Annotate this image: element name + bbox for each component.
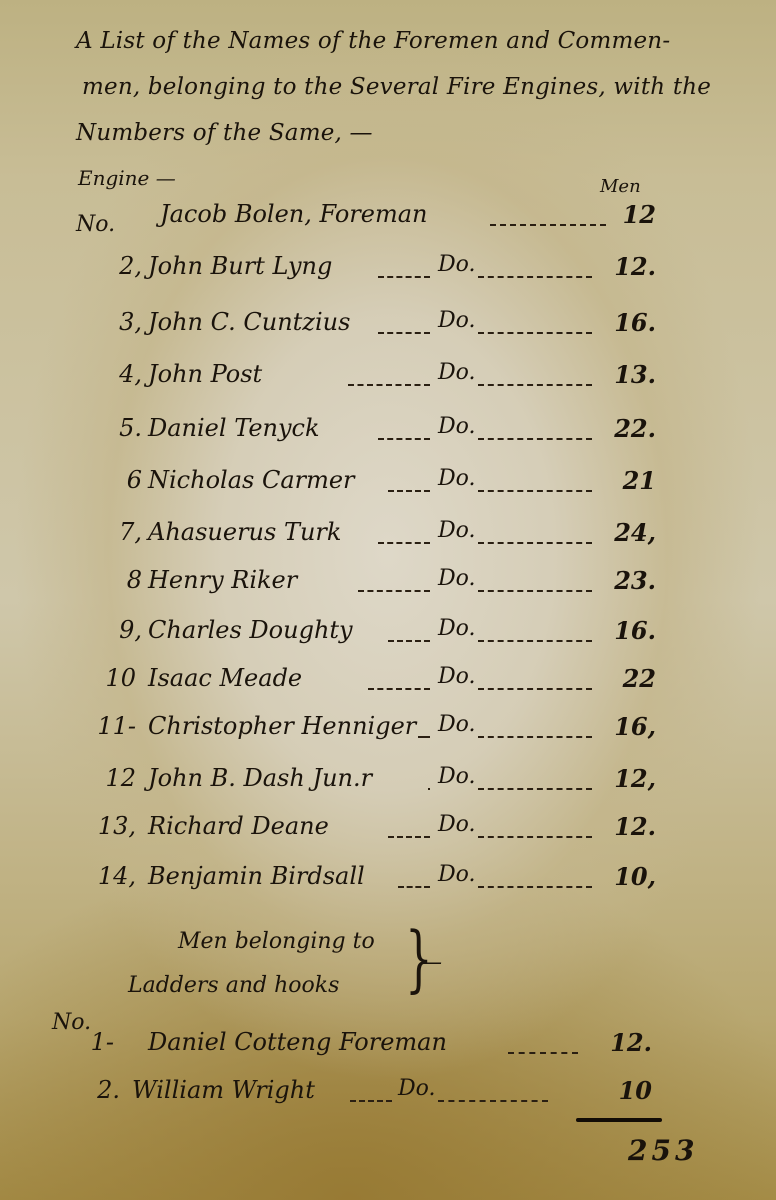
list-item: 8Henry RikerDo.23. — [0, 566, 776, 606]
entry-number: 6 — [102, 466, 142, 494]
grand-total: 253 — [628, 1134, 698, 1167]
men-count: 24, — [606, 518, 656, 547]
section-heading-line-2: Ladders and hooks — [128, 964, 375, 1008]
entry-name: Charles Doughty — [148, 616, 353, 644]
dotted-leader — [478, 736, 592, 738]
dotted-leader — [508, 1052, 578, 1054]
dotted-leader — [378, 276, 430, 278]
entry-number: 13, — [96, 812, 136, 840]
men-count: 12. — [606, 252, 656, 281]
entry-name: Isaac Meade — [148, 664, 302, 692]
dotted-leader — [398, 886, 430, 888]
list-item: 2.William WrightDo.10 — [0, 1076, 776, 1116]
men-count: 22. — [606, 414, 656, 443]
dotted-leader — [478, 438, 592, 440]
dotted-leader — [368, 688, 430, 690]
ditto-mark: Do. — [438, 466, 476, 491]
ditto-mark: Do. — [438, 712, 476, 737]
list-item: 7,Ahasuerus TurkDo.24, — [0, 518, 776, 558]
dotted-leader — [478, 836, 592, 838]
list-item: 1-Daniel Cotteng Foreman12. — [0, 1028, 776, 1068]
title-line-1: A List of the Names of the Foremen and C… — [76, 18, 756, 64]
dotted-leader — [378, 438, 430, 440]
entry-number: 10 — [96, 664, 136, 692]
list-item: 13,Richard DeaneDo.12. — [0, 812, 776, 852]
ditto-mark: Do. — [438, 566, 476, 591]
dotted-leader — [350, 1100, 392, 1102]
ditto-mark: Do. — [438, 360, 476, 385]
entry-number: 1- — [74, 1028, 114, 1056]
entry-name: Ahasuerus Turk — [148, 518, 341, 546]
men-count: 16, — [606, 712, 656, 741]
list-item: 4,John PostDo.13. — [0, 360, 776, 400]
dotted-leader — [388, 640, 430, 642]
entry-name: Richard Deane — [148, 812, 329, 840]
entry-name: Christopher Henniger — [148, 712, 416, 740]
list-item: 5.Daniel TenyckDo.22. — [0, 414, 776, 454]
dotted-leader — [348, 384, 430, 386]
dotted-leader — [428, 788, 430, 790]
dotted-leader — [478, 542, 592, 544]
ditto-mark: Do. — [438, 518, 476, 543]
entry-name: Benjamin Birdsall — [148, 862, 365, 890]
ditto-mark: Do. — [438, 252, 476, 277]
dotted-leader — [478, 490, 592, 492]
entry-name: Jacob Bolen, Foreman — [160, 200, 427, 228]
men-count: 21 — [606, 466, 656, 495]
dotted-leader — [478, 886, 592, 888]
entry-name: Daniel Tenyck — [148, 414, 320, 442]
dotted-leader — [438, 1100, 548, 1102]
dotted-leader — [378, 542, 430, 544]
men-count: 12, — [606, 764, 656, 793]
entry-number: 8 — [102, 566, 142, 594]
ditto-mark: Do. — [438, 414, 476, 439]
ditto-mark: Do. — [438, 616, 476, 641]
dotted-leader — [388, 836, 430, 838]
entry-name: John C. Cuntzius — [148, 308, 350, 336]
dotted-leader — [358, 590, 430, 592]
dotted-leader — [478, 332, 592, 334]
ditto-mark: Do. — [438, 764, 476, 789]
list-item: Jacob Bolen, Foreman12 — [0, 200, 776, 240]
dotted-leader — [478, 384, 592, 386]
list-item: 11-Christopher HennigerDo.16, — [0, 712, 776, 752]
dotted-leader — [478, 276, 592, 278]
dotted-leader — [478, 590, 592, 592]
men-column-heading: Men — [600, 176, 641, 197]
entry-name: Nicholas Carmer — [148, 466, 355, 494]
dotted-leader — [490, 224, 606, 226]
ditto-mark: Do. — [438, 664, 476, 689]
engine-heading: Engine — — [78, 166, 176, 190]
men-count: 22 — [606, 664, 656, 693]
ditto-mark: Do. — [438, 862, 476, 887]
entry-number: 3, — [102, 308, 142, 336]
list-item: 2,John Burt LyngDo.12. — [0, 252, 776, 292]
dotted-leader — [418, 736, 430, 738]
entry-name: William Wright — [132, 1076, 315, 1104]
list-item: 14,Benjamin BirdsallDo.10, — [0, 862, 776, 902]
ditto-mark: Do. — [438, 308, 476, 333]
dotted-leader — [388, 490, 430, 492]
list-item: 3,John C. CuntziusDo.16. — [0, 308, 776, 348]
entry-number: 9, — [102, 616, 142, 644]
men-count: 12 — [606, 200, 656, 229]
entry-number: 2, — [102, 252, 142, 280]
dotted-leader — [478, 688, 592, 690]
manuscript-page: A List of the Names of the Foremen and C… — [0, 0, 776, 1200]
ditto-mark: Do. — [398, 1076, 436, 1101]
entry-name: Henry Riker — [148, 566, 297, 594]
entry-name: John Burt Lyng — [148, 252, 332, 280]
list-item: 12John B. Dash Jun.rDo.12, — [0, 764, 776, 804]
list-item: 10Isaac MeadeDo.22 — [0, 664, 776, 704]
dotted-leader — [478, 640, 592, 642]
men-count: 12. — [602, 1028, 652, 1057]
entry-number: 4, — [102, 360, 142, 388]
men-count: 23. — [606, 566, 656, 595]
entry-number: 2. — [80, 1076, 120, 1104]
list-item: 6Nicholas CarmerDo.21 — [0, 466, 776, 506]
ladders-section-heading: Men belonging to Ladders and hooks — [128, 920, 375, 1008]
entry-name: John Post — [148, 360, 262, 388]
men-count: 16. — [606, 616, 656, 645]
entry-number: 12 — [96, 764, 136, 792]
entry-name: Daniel Cotteng Foreman — [148, 1028, 447, 1056]
section-dash: — — [420, 950, 442, 975]
entry-number: 14, — [96, 862, 136, 890]
entry-number: 11- — [96, 712, 136, 740]
dotted-leader — [478, 788, 592, 790]
men-count: 12. — [606, 812, 656, 841]
section-heading-line-1: Men belonging to — [128, 920, 375, 964]
entry-number: 7, — [102, 518, 142, 546]
total-underline — [576, 1118, 662, 1122]
men-count: 16. — [606, 308, 656, 337]
list-item: 9,Charles DoughtyDo.16. — [0, 616, 776, 656]
document-title: A List of the Names of the Foremen and C… — [76, 18, 756, 156]
dotted-leader — [378, 332, 430, 334]
title-line-2: men, belonging to the Several Fire Engin… — [76, 64, 756, 110]
title-line-3: Numbers of the Same, — — [76, 110, 756, 156]
entry-number: 5. — [102, 414, 142, 442]
ditto-mark: Do. — [438, 812, 476, 837]
men-count: 13. — [606, 360, 656, 389]
entry-name: John B. Dash Jun.r — [148, 764, 372, 792]
men-count: 10 — [602, 1076, 652, 1105]
men-count: 10, — [606, 862, 656, 891]
